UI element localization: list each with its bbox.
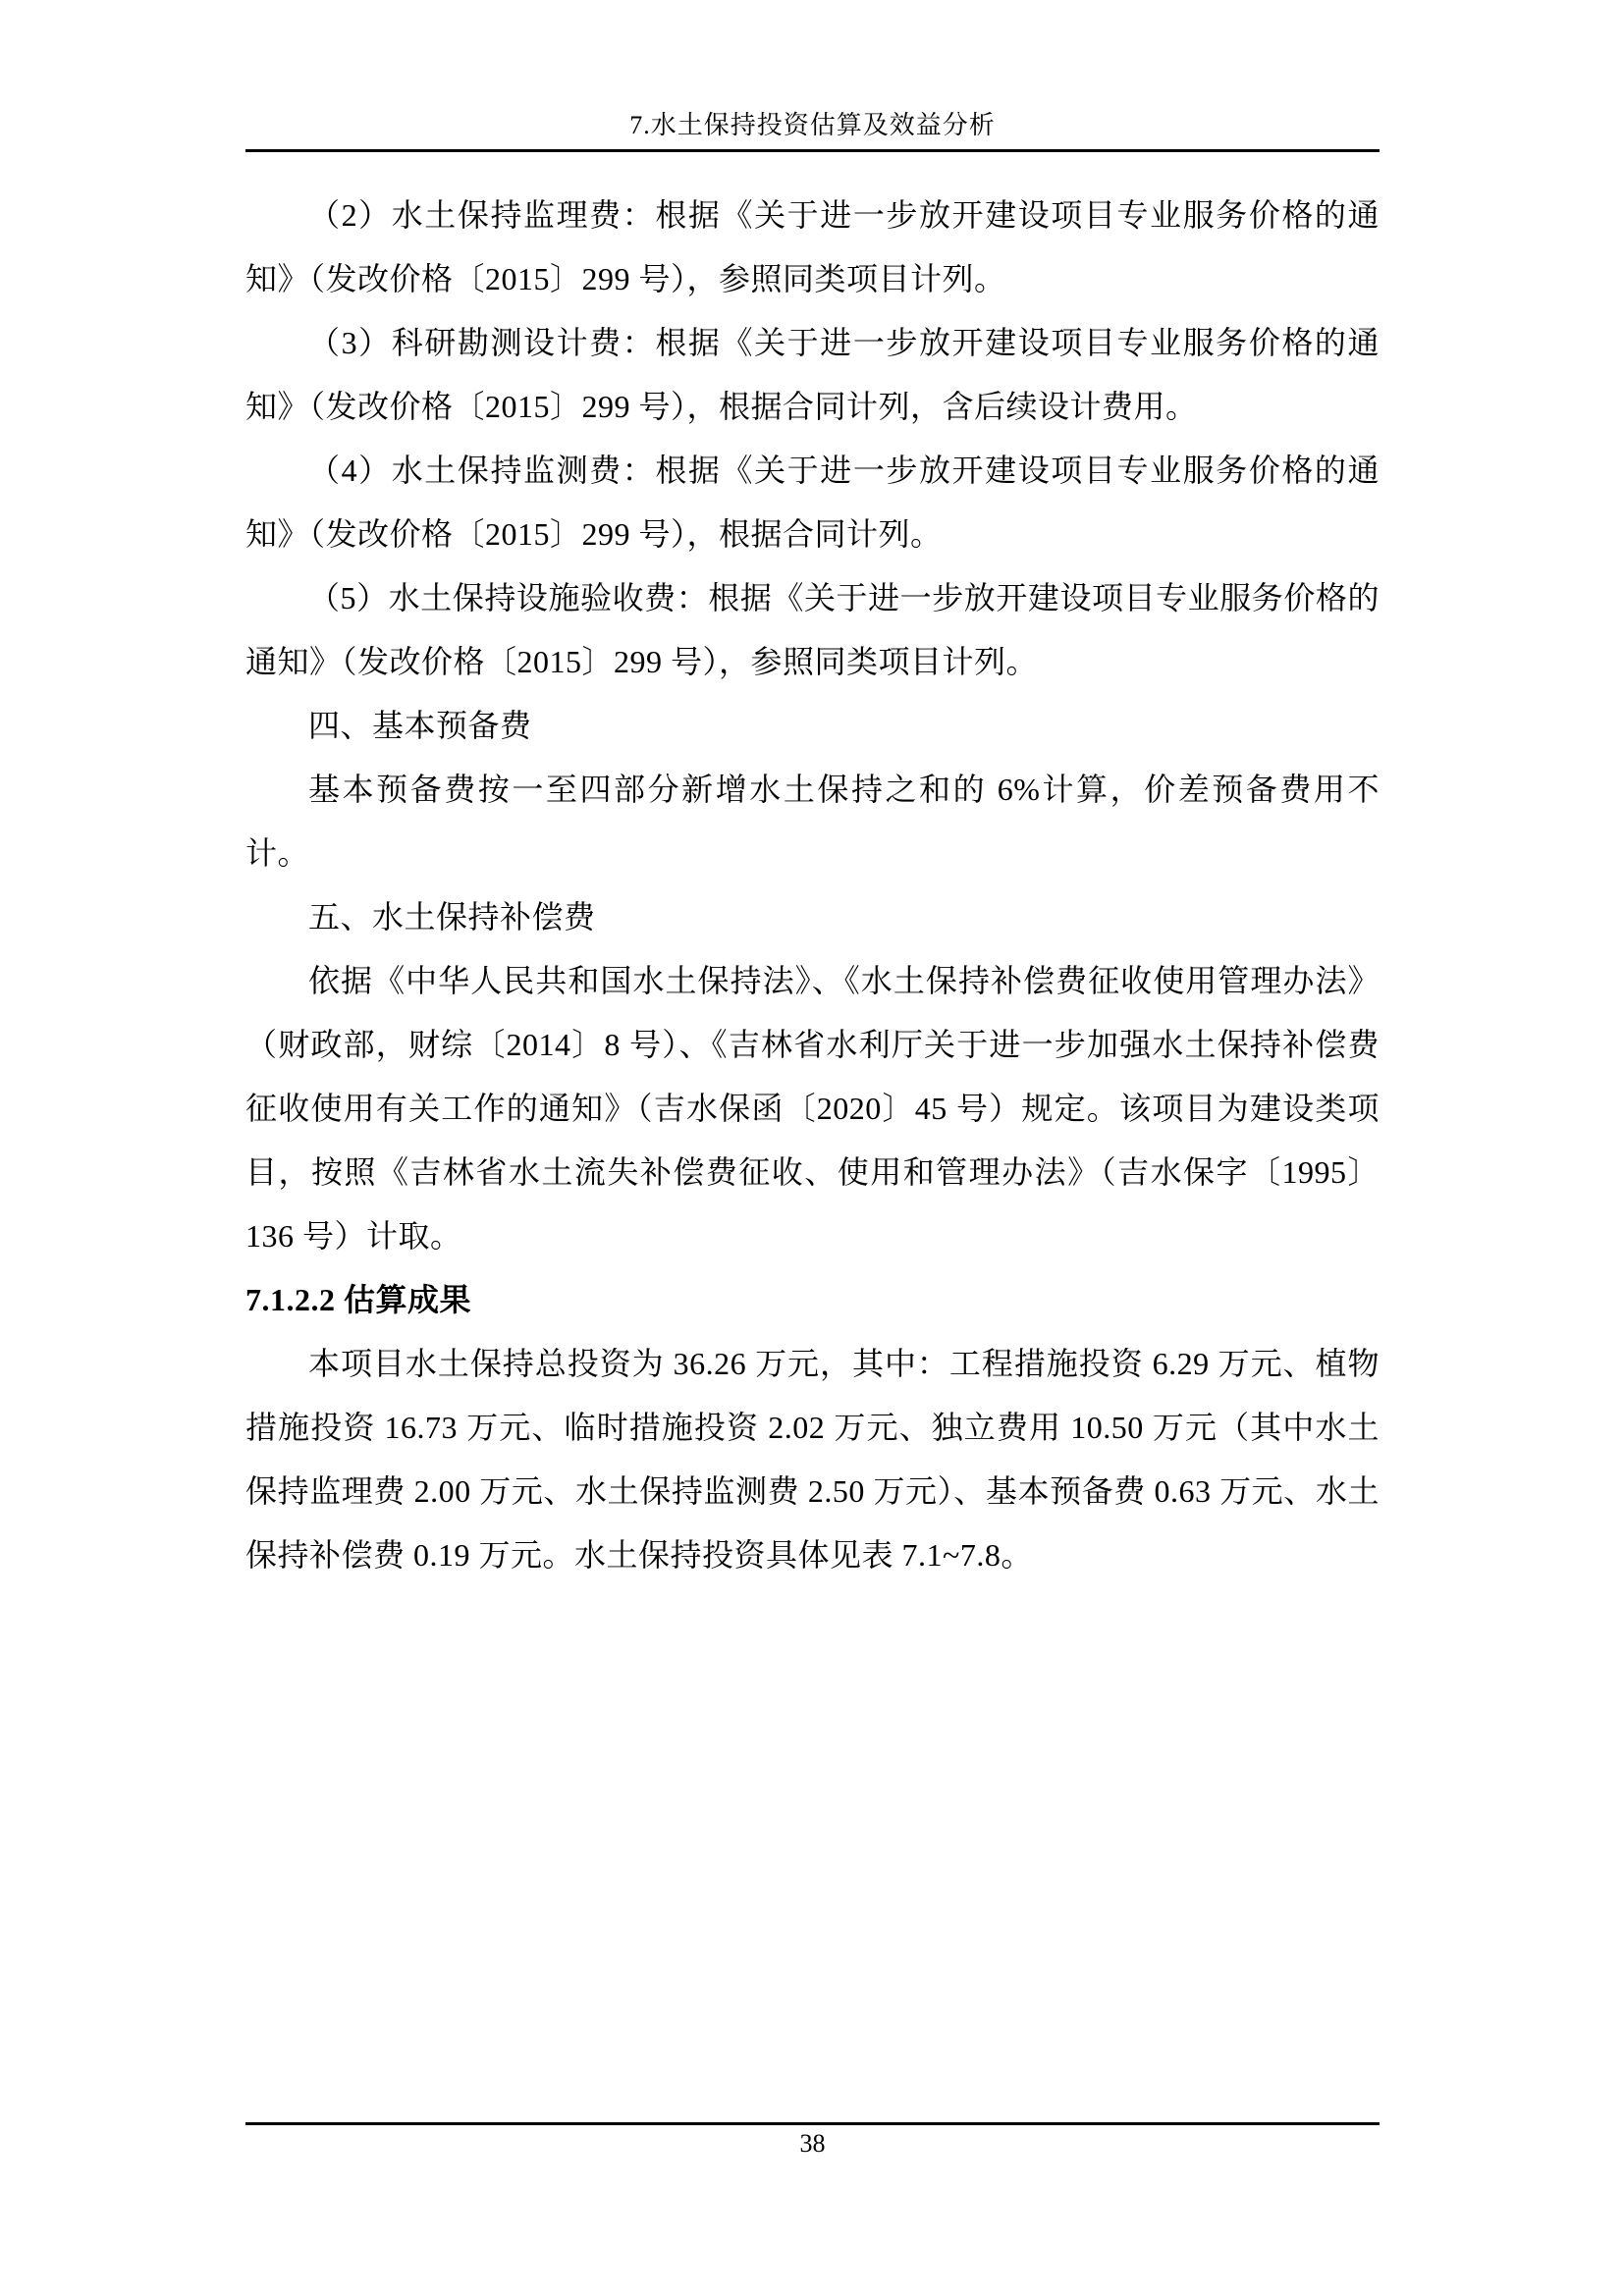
para-compensation-fee-basis: 依据《中华人民共和国水土保持法》、《水土保持补偿费征收使用管理办法》（财政部，财…	[245, 949, 1380, 1268]
para-item-compensation-fee-title: 五、水土保持补偿费	[245, 885, 1380, 949]
para-basic-reserve-fee-detail: 基本预备费按一至四部分新增水土保持之和的 6%计算，价差预备费用不计。	[245, 758, 1380, 885]
para-monitoring-fee: （4）水土保持监测费：根据《关于进一步放开建设项目专业服务价格的通知》（发改价格…	[245, 439, 1380, 566]
para-research-survey-design-fee: （3）科研勘测设计费：根据《关于进一步放开建设项目专业服务价格的通知》（发改价格…	[245, 311, 1380, 439]
page-number: 38	[245, 2129, 1380, 2159]
para-facility-acceptance-fee: （5）水土保持设施验收费：根据《关于进一步放开建设项目专业服务价格的通知》（发改…	[245, 566, 1380, 694]
document-page: 7.水土保持投资估算及效益分析 （2）水土保持监理费：根据《关于进一步放开建设项…	[0, 0, 1624, 2296]
para-item-basic-reserve-fee-title: 四、基本预备费	[245, 694, 1380, 758]
section-heading-estimation-results: 7.1.2.2 估算成果	[245, 1268, 1380, 1332]
para-supervision-fee: （2）水土保持监理费：根据《关于进一步放开建设项目专业服务价格的通知》（发改价格…	[245, 184, 1380, 311]
footer-rule	[245, 2122, 1380, 2125]
para-investment-summary: 本项目水土保持总投资为 36.26 万元，其中：工程措施投资 6.29 万元、植…	[245, 1332, 1380, 1587]
document-body: （2）水土保持监理费：根据《关于进一步放开建设项目专业服务价格的通知》（发改价格…	[245, 184, 1380, 1587]
page-header-title: 7.水土保持投资估算及效益分析	[245, 111, 1380, 140]
header-rule	[245, 149, 1380, 152]
